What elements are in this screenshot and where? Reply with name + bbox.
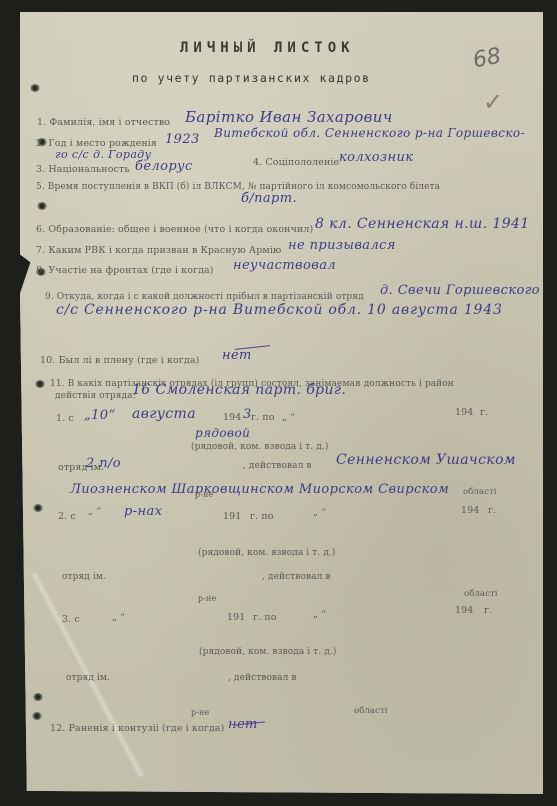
- period-1-region-label: області: [463, 487, 497, 497]
- field-label-units-2: действія отряда:: [55, 391, 136, 401]
- period-1-unit-value: 2 п/о: [86, 456, 121, 471]
- punch-hole-icon: [33, 504, 43, 512]
- page-subtitle: по учету партизанских кадров: [132, 71, 371, 85]
- period-3-to-year-suffix: г.: [484, 605, 492, 616]
- field-value-name: Барітко Иван Захарович: [185, 108, 393, 126]
- punch-hole-icon: [33, 693, 43, 701]
- field-value-birth-place-1: Витебской обл. Сенненского р-на Горшевск…: [214, 126, 525, 140]
- field-label-social: 4. Соціпололеніе: [253, 157, 339, 168]
- period-3-unit-label: отряд ім.: [66, 673, 110, 683]
- period-2-unit-label: отряд ім.: [62, 572, 106, 582]
- field-value-joined-1: д. Свечи Горшевского: [380, 283, 540, 298]
- field-label-joined: 9. Откуда, когда і с какой должності прі…: [45, 292, 364, 302]
- period-3-index: 3. с: [62, 614, 80, 625]
- period-1-extra-value: р-нах: [124, 504, 162, 519]
- field-value-education: 8 кл. Сенненская н.ш. 1941: [315, 216, 530, 232]
- field-value-fronts: неучаствовал: [233, 258, 336, 273]
- period-2-region-label: області: [464, 589, 498, 599]
- period-1-acted-value-2: Лиозненском Шарковщинском Миорском Свирс…: [70, 482, 449, 497]
- period-3-district-label: р-не: [191, 708, 209, 717]
- period-2-year-suffix: г. по: [250, 511, 274, 522]
- period-1-acted-value-1: Сенненском Ушачском: [336, 452, 516, 468]
- period-1-acted-label: , действовал в: [243, 461, 312, 471]
- period-1-from-day: „10“: [84, 408, 116, 423]
- field-label-wounds: 12. Раненія і контузіі (где і когда): [50, 723, 224, 734]
- archive-number-note: 68: [471, 44, 503, 73]
- period-1-role: рядовой: [195, 426, 250, 440]
- period-3-from-quote: „ “: [112, 612, 125, 623]
- field-value-captivity: нет: [222, 348, 252, 363]
- period-3-year-suffix: г. по: [253, 612, 277, 623]
- field-label-education: 6. Образованіе: общее і военное (что і к…: [36, 224, 313, 235]
- punch-hole-icon: [32, 712, 42, 720]
- field-label-nationality: 3. Національность: [36, 164, 130, 175]
- period-3-region-label: області: [354, 706, 388, 716]
- field-value-units: 16 Смоленская парт. бриг.: [132, 382, 346, 398]
- period-3-from-year: 191: [227, 612, 245, 623]
- period-1-role-hint: (рядовой, ком. взвода і т. д.): [191, 442, 328, 452]
- period-3-acted-label: , действовал в: [228, 673, 297, 683]
- field-label-party: 5. Время поступленія в ВКП (б) іл ВЛКСМ,…: [36, 182, 440, 192]
- period-2-from-year: 191: [223, 511, 241, 522]
- field-value-joined-2: с/с Сенненского р-на Витебской обл. 10 а…: [56, 302, 503, 318]
- punch-hole-icon: [30, 84, 40, 92]
- period-2-from-quote: „ “: [88, 506, 101, 517]
- period-1-index: 1. с: [56, 413, 74, 424]
- period-2-role-hint: (рядовой, ком. взвода і т. д.): [198, 548, 335, 558]
- field-label-captivity: 10. Был лі в плену (где і когда): [40, 355, 199, 366]
- period-2-acted-label: , действовал в: [262, 572, 331, 582]
- period-3-role-hint: (рядовой, ком. взвода і т. д.): [199, 647, 336, 657]
- period-1-to-year-suffix: г.: [480, 407, 488, 418]
- field-label-fronts: 8. Участіе на фронтах (где і когда): [36, 265, 214, 276]
- field-label-conscription: 7. Каким РВК і когда призван в Красную А…: [36, 245, 281, 256]
- field-label-name: 1. Фамилія, імя і отчество: [37, 117, 170, 128]
- period-2-index: 2. с: [58, 511, 76, 522]
- field-value-nationality: белорус: [135, 159, 193, 174]
- period-1-district-label: р-не: [195, 490, 213, 499]
- punch-hole-icon: [35, 380, 45, 388]
- field-value-party: б/парт.: [241, 191, 297, 206]
- period-1-from-month: августа: [132, 406, 196, 422]
- punch-hole-icon: [37, 202, 47, 210]
- period-1-to-year: 194: [455, 407, 473, 418]
- period-1-to-quote: „ “: [282, 412, 295, 423]
- period-2-to-quote: „ “: [313, 507, 326, 518]
- period-1-from-year: 194: [223, 412, 241, 423]
- check-mark-icon: ✓: [483, 88, 503, 116]
- period-3-to-year: 194: [455, 605, 473, 616]
- period-2-district-label: р-не: [198, 594, 216, 603]
- period-3-to-quote: „ “: [313, 609, 326, 620]
- period-2-to-year: 194: [461, 505, 479, 516]
- period-1-year-suffix: г. по: [251, 412, 275, 423]
- period-2-to-year-suffix: г.: [488, 505, 496, 516]
- field-value-birth-year: 1923: [165, 132, 200, 147]
- page-title: ЛИЧНЫЙ ЛИСТОК: [180, 40, 355, 56]
- field-value-social: колхозник: [339, 150, 413, 165]
- field-value-conscription: не призывался: [288, 238, 396, 253]
